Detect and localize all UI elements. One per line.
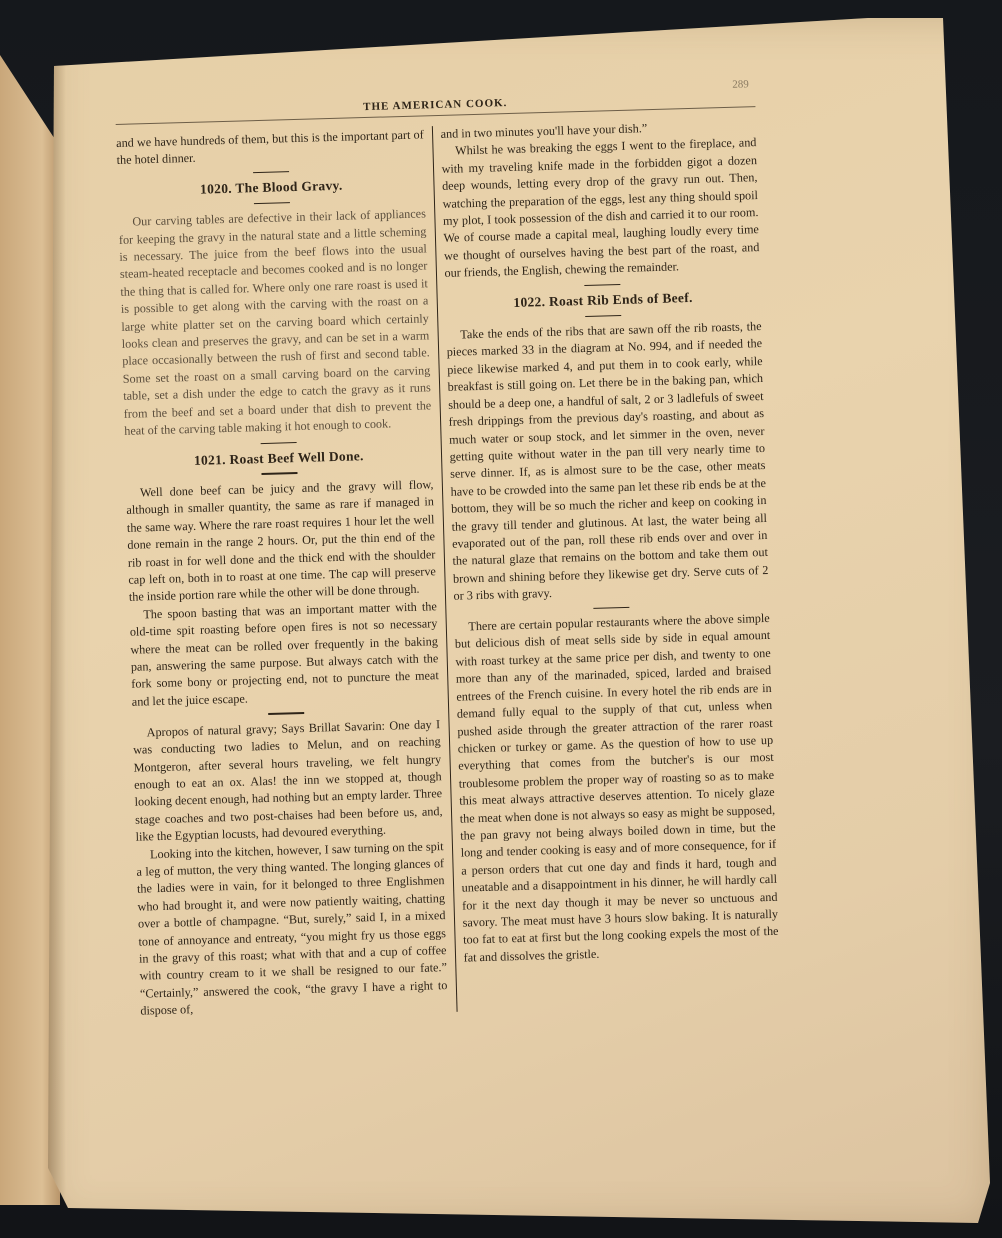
page-number: 289 — [732, 78, 749, 90]
section-divider — [260, 442, 296, 445]
section-heading-1020: 1020. The Blood Gravy. — [117, 175, 425, 201]
section-divider — [268, 712, 304, 715]
two-column-body: and we have hundreds of them, but this i… — [116, 117, 780, 1020]
section-divider — [594, 606, 630, 609]
paragraph: The spoon basting that was an important … — [129, 598, 439, 711]
paragraph: Whilst he was breaking the eggs I went t… — [441, 135, 760, 283]
paragraph: There are certain popular restaurants wh… — [454, 610, 779, 967]
section-heading-1021: 1021. Roast Beef Well Done. — [125, 445, 433, 471]
section-divider — [254, 202, 290, 205]
section-divider — [261, 472, 297, 475]
section-divider — [253, 171, 289, 174]
continued-text: and we have hundreds of them, but this i… — [116, 126, 424, 169]
page-content: THE AMERICAN COOK. 289 and we have hundr… — [115, 82, 780, 1020]
section-heading-1022: 1022. Roast Rib Ends of Beef. — [445, 287, 761, 313]
section-divider — [585, 284, 621, 287]
paragraph: Well done beef can be juicy and the grav… — [126, 476, 437, 606]
paragraph: Apropos of natural gravy; Says Brillat S… — [132, 716, 443, 846]
paragraph: Looking into the kitchen, however, I saw… — [136, 838, 448, 1021]
paragraph: Take the ends of the ribs that are sawn … — [446, 318, 769, 605]
paragraph: Our carving tables are defective in thei… — [118, 206, 432, 441]
left-column: and we have hundreds of them, but this i… — [116, 126, 456, 1020]
section-divider — [585, 315, 621, 318]
right-column: and in two minutes you'll have your dish… — [431, 117, 780, 1011]
